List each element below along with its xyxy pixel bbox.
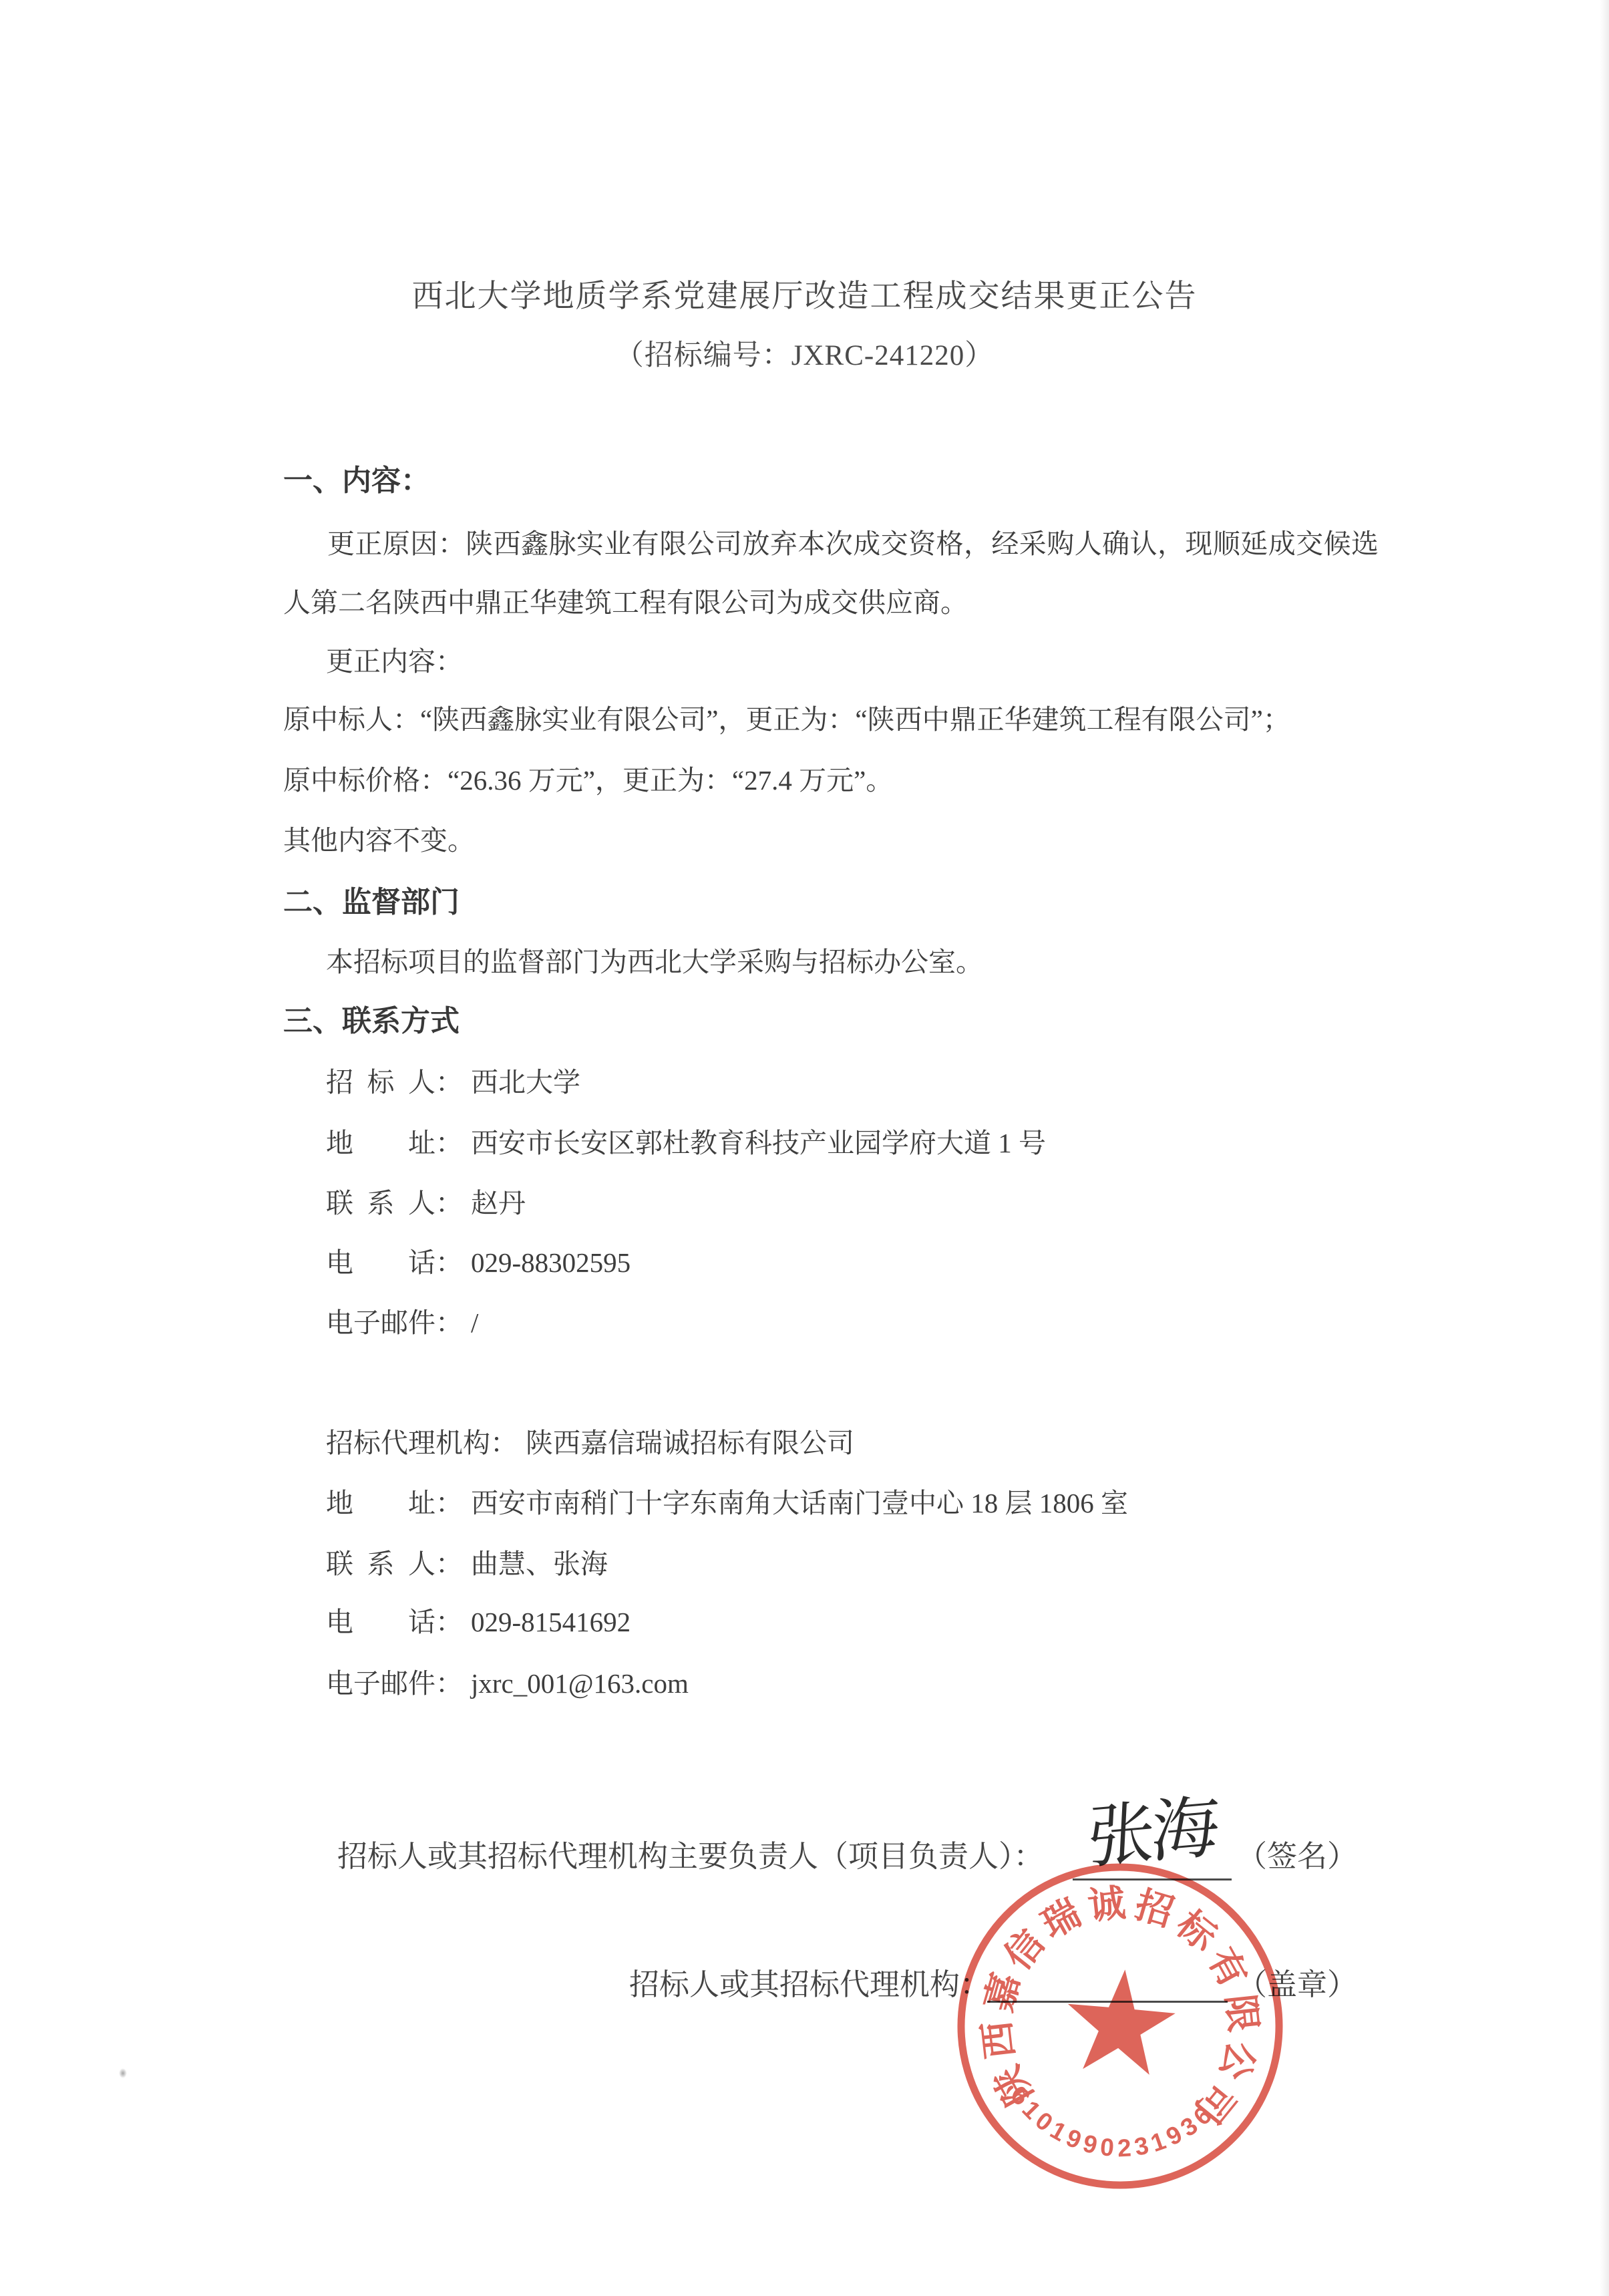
tenderer-email-label: 电子邮件： <box>326 1307 463 1338</box>
section-2-heading: 二、监督部门 <box>283 886 460 920</box>
tenderer-phone-row: 电 话：029-88302595 <box>326 1247 631 1279</box>
stamp-ring-char: 西 <box>976 2019 1022 2061</box>
stamp-ring-char: 公 <box>1212 2037 1262 2084</box>
tenderer-name-value: 西北大学 <box>471 1067 580 1098</box>
tenderer-contact-row: 联 系 人：赵丹 <box>326 1187 526 1220</box>
tenderer-name-row: 招 标 人：西北大学 <box>326 1066 580 1099</box>
agency-contact-value: 曲慧、张海 <box>471 1548 608 1579</box>
agency-email-label: 电子邮件： <box>326 1668 463 1699</box>
agency-name-row: 招标代理机构：陕西嘉信瑞诚招标有限公司 <box>326 1427 854 1460</box>
agency-phone-value: 029-81541692 <box>471 1607 631 1637</box>
section-1-heading: 一、内容： <box>283 464 430 498</box>
tenderer-address-value: 西安市长安区郭杜教育科技产业园学府大道 1 号 <box>471 1128 1046 1158</box>
tenderer-phone-value: 029-88302595 <box>471 1247 631 1278</box>
stamp-ring-char: 招 <box>1130 1884 1178 1935</box>
bid-number: （招标编号：JXRC-241220） <box>0 333 1609 373</box>
agency-phone-row: 电 话：029-81541692 <box>326 1606 631 1639</box>
tenderer-address-row: 地 址：西安市长安区郭杜教育科技产业园学府大道 1 号 <box>326 1127 1046 1160</box>
page-title: 西北大学地质学系党建展厅改造工程成交结果更正公告 <box>0 271 1609 316</box>
price-correction-line: 原中标价格：“26.36 万元”，更正为：“27.4 万元”。 <box>283 764 893 797</box>
agency-name-value: 陕西嘉信瑞诚招标有限公司 <box>526 1428 854 1458</box>
tenderer-email-value: / <box>471 1307 478 1338</box>
tenderer-contact-value: 赵丹 <box>471 1188 526 1218</box>
tenderer-contact-label: 联 系 人： <box>326 1188 463 1218</box>
agency-email-value: jxrc_001@163.com <box>471 1668 689 1699</box>
org-seal-label: 招标人或其招标代理机构： <box>629 1967 990 2003</box>
correction-content-label: 更正内容： <box>326 645 463 678</box>
agency-contact-row: 联 系 人：曲慧、张海 <box>326 1548 608 1581</box>
stamp-ring-char: 信 <box>997 1923 1053 1977</box>
stamp-ring-char: 嘉 <box>978 1969 1029 2016</box>
tenderer-name-label: 招 标 人： <box>326 1067 463 1098</box>
correction-reason-paragraph: 更正原因：陕西鑫脉实业有限公司放弃本次成交资格，经采购人确认，现顺延成交候选人第… <box>283 514 1379 632</box>
tenderer-email-row: 电子邮件：/ <box>326 1307 478 1339</box>
scanned-announcement-page: 西北大学地质学系党建展厅改造工程成交结果更正公告 （招标编号：JXRC-2412… <box>0 0 1609 2296</box>
stamp-ring-char: 瑞 <box>1035 1893 1088 1947</box>
leader-signature-label: 招标人或其招标代理机构主要负责人（项目负责人）： <box>337 1838 1044 1874</box>
stamp-ring-char: 有 <box>1200 1941 1254 1994</box>
stamp-star-icon <box>1063 1965 1179 2076</box>
agency-name-label: 招标代理机构： <box>326 1428 518 1458</box>
tenderer-address-label: 地 址： <box>326 1128 463 1158</box>
scan-speck <box>119 2068 127 2078</box>
agency-phone-label: 电 话： <box>326 1607 463 1637</box>
agency-contact-label: 联 系 人： <box>326 1548 463 1579</box>
agency-address-label: 地 址： <box>326 1488 463 1518</box>
agency-address-row: 地 址：西安市南稍门十字东南角大话南门壹中心 18 层 1806 室 <box>326 1487 1128 1520</box>
winner-correction-line: 原中标人：“陕西鑫脉实业有限公司”，更正为：“陕西中鼎正华建筑工程有限公司”； <box>283 703 1290 736</box>
tenderer-phone-label: 电 话： <box>326 1247 463 1278</box>
company-seal-stamp: 陕西嘉信瑞诚招标有限公司 6101990231936 <box>932 1838 1308 2214</box>
agency-address-value: 西安市南稍门十字东南角大话南门壹中心 18 层 1806 室 <box>471 1488 1128 1518</box>
section-3-heading: 三、联系方式 <box>283 1005 460 1039</box>
other-unchanged-line: 其他内容不变。 <box>283 824 475 857</box>
stamp-ring-char: 限 <box>1218 1993 1264 2034</box>
agency-email-row: 电子邮件：jxrc_001@163.com <box>326 1667 689 1700</box>
stamp-ring-char: 诚 <box>1086 1882 1127 1928</box>
supervision-body: 本招标项目的监督部门为西北大学采购与招标办公室。 <box>326 946 983 979</box>
